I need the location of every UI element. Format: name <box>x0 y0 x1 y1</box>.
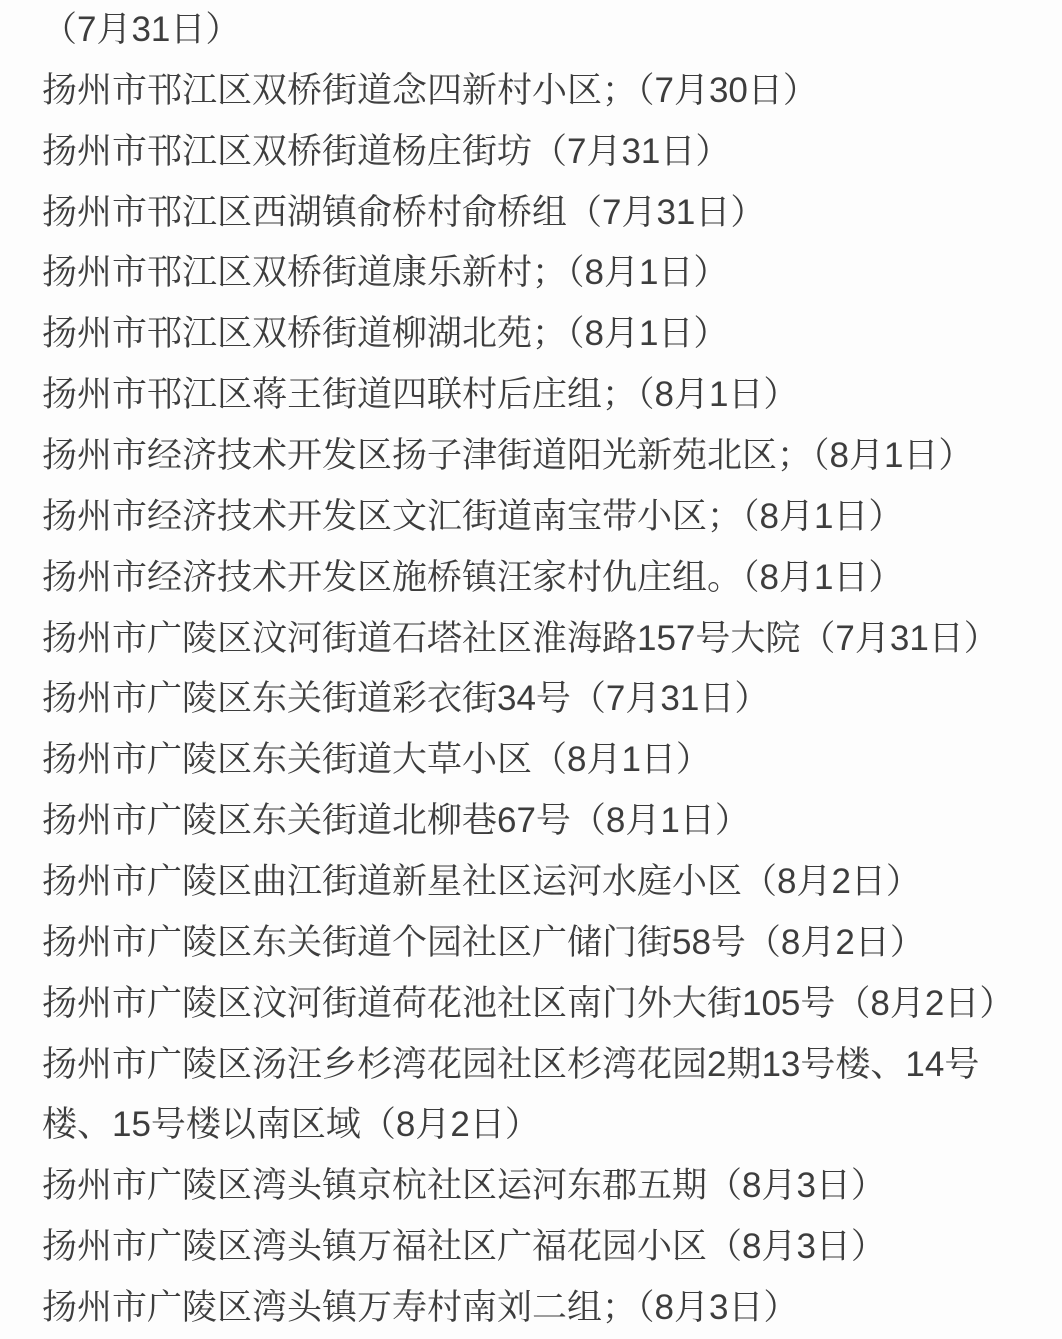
risk-area-list-item: 扬州市广陵区东关街道大草小区（8月1日） <box>42 730 1027 791</box>
risk-area-list-item: 扬州市广陵区湾头镇京杭社区运河东郡五期（8月3日） <box>42 1156 1027 1217</box>
risk-area-list-item: 扬州市广陵区汤汪乡杉湾花园社区杉湾花园2期13号楼、14号楼、15号楼以南区域（… <box>42 1035 1027 1157</box>
risk-area-list-item: 扬州市广陵区东关街道个园社区广储门街58号（8月2日） <box>42 913 1027 974</box>
risk-area-list-item: 扬州市邗江区西湖镇俞桥村俞桥组（7月31日） <box>42 183 1027 244</box>
risk-area-list-item: 扬州市邗江区蒋王街道四联村后庄组；（8月1日） <box>42 365 1027 426</box>
risk-area-list-item: 扬州市广陵区湾头镇万福社区广福花园小区（8月3日） <box>42 1217 1027 1278</box>
risk-area-list-item: 扬州市广陵区东关街道北柳巷67号（8月1日） <box>42 791 1027 852</box>
risk-area-list-item: 扬州市广陵区东关街道彩衣街34号（7月31日） <box>42 669 1027 730</box>
risk-area-list-item: 扬州市广陵区汶河街道荷花池社区南门外大街105号（8月2日） <box>42 974 1027 1035</box>
risk-area-list-item: 扬州市邗江区双桥街道柳湖北苑；（8月1日） <box>42 304 1027 365</box>
risk-area-list-item: 扬州市经济技术开发区施桥镇汪家村仇庄组。（8月1日） <box>42 548 1027 609</box>
risk-area-list-item: 扬州市经济技术开发区扬子津街道阳光新苑北区；（8月1日） <box>42 426 1027 487</box>
risk-area-list: （7月31日）扬州市邗江区双桥街道念四新村小区；（7月30日）扬州市邗江区双桥街… <box>42 0 1027 1339</box>
risk-area-list-item: 扬州市广陵区汶河街道石塔社区淮海路157号大院（7月31日） <box>42 609 1027 670</box>
risk-area-list-item: 扬州市邗江区双桥街道杨庄街坊（7月31日） <box>42 122 1027 183</box>
document-page: （7月31日）扬州市邗江区双桥街道念四新村小区；（7月30日）扬州市邗江区双桥街… <box>0 0 1062 1339</box>
risk-area-list-item: 扬州市邗江区双桥街道念四新村小区；（7月30日） <box>42 61 1027 122</box>
risk-area-list-item: 扬州市经济技术开发区文汇街道南宝带小区；（8月1日） <box>42 487 1027 548</box>
risk-area-list-item: 扬州市邗江区双桥街道康乐新村；（8月1日） <box>42 243 1027 304</box>
risk-area-list-item: 扬州市广陵区湾头镇万寿村南刘二组；（8月3日） <box>42 1278 1027 1339</box>
risk-area-list-item: （7月31日） <box>42 0 1027 61</box>
risk-area-list-item: 扬州市广陵区曲江街道新星社区运河水庭小区（8月2日） <box>42 852 1027 913</box>
